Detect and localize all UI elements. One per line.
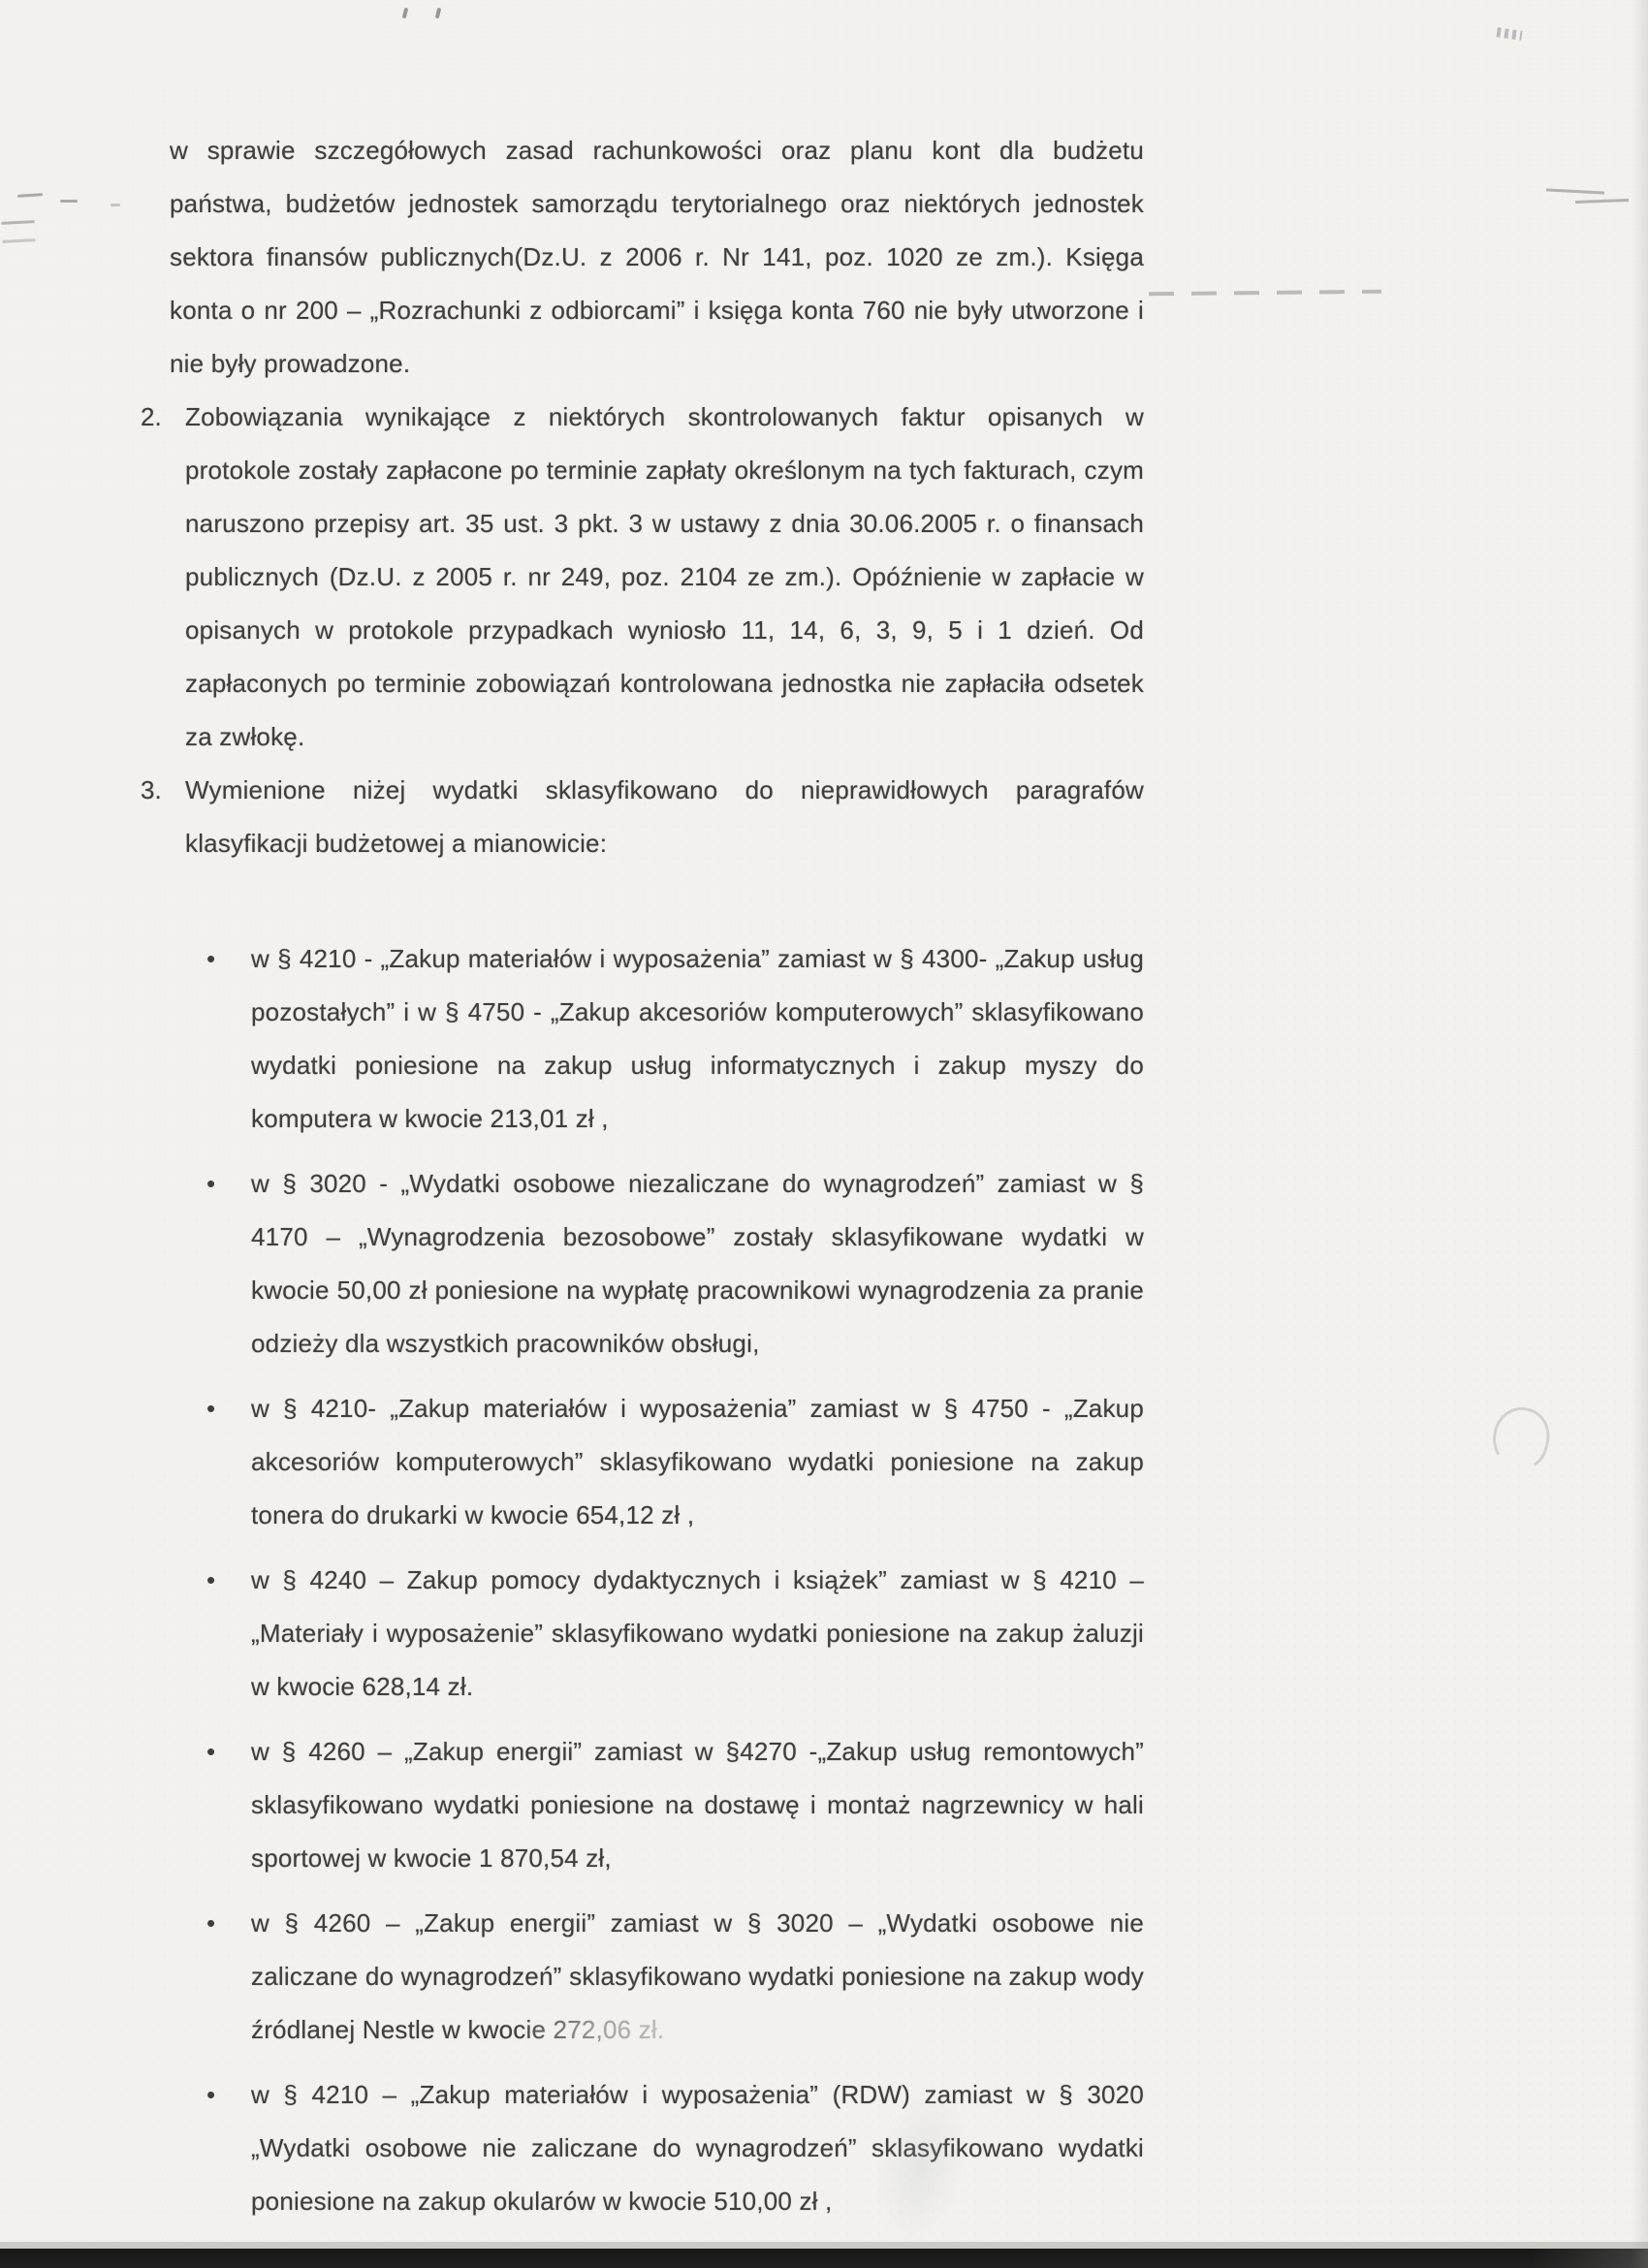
scan-edge-bar (0, 2249, 1648, 2268)
bullet-text: w § 4260 – „Zakup energii” zamiast w §42… (251, 1725, 1144, 1885)
bullet-marker: • (206, 1157, 251, 1211)
bullet-marker: • (206, 1554, 251, 1607)
bullet-text: w § 4240 – Zakup pomocy dydaktycznych i … (251, 1554, 1144, 1714)
bullet-marker: • (206, 1382, 251, 1435)
numbered-item-3: 3. Wymienione niżej wydatki sklasyfikowa… (141, 764, 1144, 870)
bullet-item: • w § 4260 – „Zakup energii” zamiast w §… (141, 1725, 1144, 1885)
bullet-marker: • (206, 932, 251, 986)
scan-circle-mark (1486, 1402, 1556, 1475)
document-body: w sprawie szczegółowych zasad rachunkowo… (141, 124, 1144, 2240)
bullet-item: • w § 4240 – Zakup pomocy dydaktycznych … (141, 1554, 1144, 1714)
bullet-marker: • (206, 1725, 251, 1779)
bullet-item: • w § 4260 – „Zakup energii” zamiast w §… (141, 1897, 1144, 2057)
item-text: Wymienione niżej wydatki sklasyfikowano … (185, 764, 1144, 870)
bullet-text: w § 4260 – „Zakup energii” zamiast w § 3… (251, 1897, 1144, 2057)
scan-edge-mark-left (1, 220, 35, 243)
scan-edge-shadow (0, 2242, 1648, 2249)
scan-speck-marks (403, 8, 461, 23)
bullet-text: w § 3020 - „Wydatki osobowe niezaliczane… (251, 1157, 1144, 1370)
scan-dash-smudge-left (17, 190, 134, 219)
bullet-list: • w § 4210 - „Zakup materiałów i wyposaż… (141, 932, 1144, 2228)
item-number: 2. (141, 391, 185, 444)
bullet-item: • w § 4210 - „Zakup materiałów i wyposaż… (141, 932, 1144, 1146)
bullet-item: • w § 4210- „Zakup materiałów i wyposaże… (141, 1382, 1144, 1542)
scanned-document-page: w sprawie szczegółowych zasad rachunkowo… (0, 0, 1648, 2268)
scan-scribble-right (1546, 184, 1638, 209)
scan-dash-line-artifact (1149, 290, 1381, 297)
item-number: 3. (141, 764, 185, 817)
numbered-item-2: 2. Zobowiązania wynikające z niektórych … (141, 391, 1144, 764)
paragraph-intro: w sprawie szczegółowych zasad rachunkowo… (170, 124, 1144, 391)
bullet-marker: • (206, 1897, 251, 1950)
bullet-marker: • (206, 2068, 251, 2122)
bullet-item: • w § 3020 - „Wydatki osobowe niezalicza… (141, 1157, 1144, 1370)
bullet-text: w § 4210 – „Zakup materiałów i wyposażen… (251, 2068, 1144, 2228)
scan-speck-top-right (1496, 27, 1522, 41)
bullet-item: • w § 4210 – „Zakup materiałów i wyposaż… (141, 2068, 1144, 2228)
bullet-text: w § 4210 - „Zakup materiałów i wyposażen… (251, 932, 1144, 1146)
bullet-text: w § 4210- „Zakup materiałów i wyposażeni… (251, 1382, 1144, 1542)
item-text: Zobowiązania wynikające z niektórych sko… (185, 391, 1144, 764)
